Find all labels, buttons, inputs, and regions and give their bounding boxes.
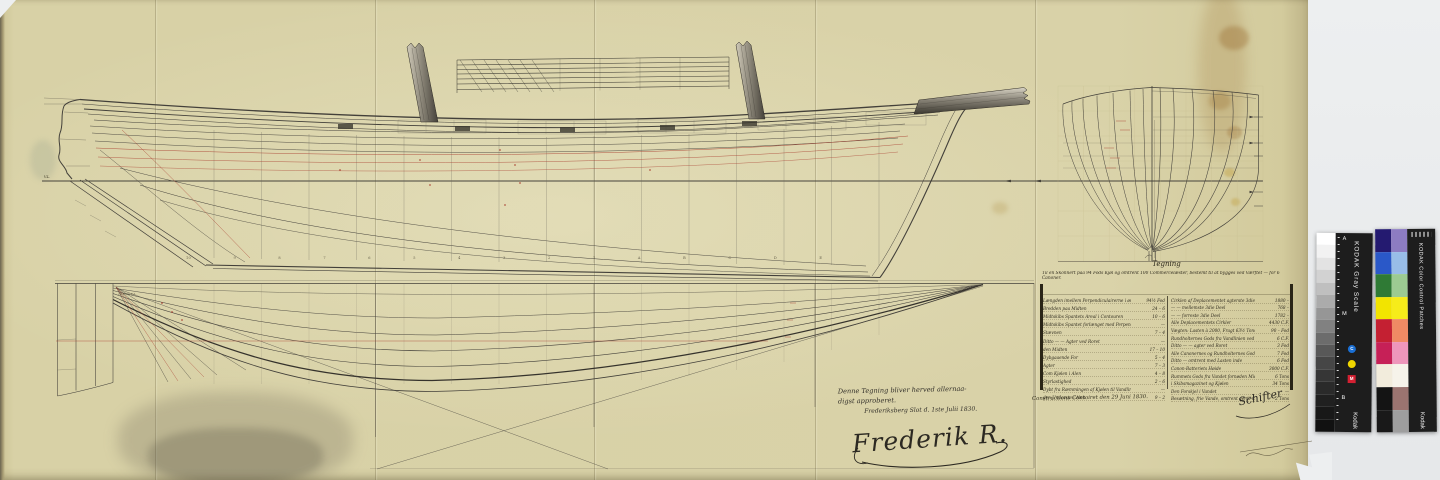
patch-row: [1376, 319, 1408, 342]
ruler-fine-print: [1411, 232, 1431, 237]
patch-right: [1393, 409, 1409, 432]
patch-right: [1392, 342, 1408, 365]
approval-line-2: digst approberet.: [838, 395, 977, 406]
gray-step: [1316, 382, 1335, 395]
patch-left: [1376, 342, 1392, 365]
scanned-ship-plan: V.L. 10 Fods V.L. 10 9 8 7 6 5 4 3 2 1 A…: [0, 0, 1440, 480]
half-breadth-stations: [214, 284, 879, 384]
gray-step: [1316, 320, 1335, 333]
approval-line-1: Denne Tegning bliver herved allernaa-: [838, 385, 977, 396]
table-row: Com Kjølen i Alen 4 – 8: [1043, 369, 1165, 377]
waterline-label: V.L.: [44, 175, 50, 179]
color-patches-title: KODAK Color Control Patches: [1417, 243, 1424, 330]
spar-rack: [457, 57, 729, 93]
gray-step: [1316, 345, 1335, 358]
red-waterlines: [96, 130, 908, 258]
gray-scale-ruler: A M B KODAK Gray Scale C M Kodak: [1334, 233, 1372, 432]
cyan-dot: C: [1348, 345, 1356, 353]
marker-a: A: [1343, 236, 1347, 242]
gray-step: [1315, 419, 1334, 432]
table-right-column: Cirklen af Deplacementet agterste 3die D…: [1171, 296, 1289, 402]
red-station-marks: [339, 149, 651, 206]
patch-row: [1375, 252, 1407, 275]
gray-step: [1316, 370, 1335, 383]
kodak-gray-scale-strip: A M B KODAK Gray Scale C M Kodak: [1315, 233, 1372, 432]
patch-right: [1392, 274, 1408, 297]
patch-right: [1391, 252, 1407, 275]
kodak-brand: Kodak: [1419, 412, 1425, 429]
patch-row: [1376, 387, 1408, 410]
table-row: den Midten 17 – 10: [1043, 345, 1165, 353]
gray-step: [1316, 283, 1335, 296]
ruler-ticks: [1336, 237, 1339, 425]
station-labels: 10 9 8 7 6 5 4 3 2 1 A B C D E: [186, 256, 822, 260]
table-row: Alle Canonernes og Rundholternes Gods fr…: [1171, 349, 1289, 357]
station-lines: [214, 122, 879, 266]
marker-m: M: [1342, 311, 1347, 317]
table-row: i Skibsmagazinet og Kjølen 34 Tons: [1171, 380, 1289, 388]
patch-row: [1376, 297, 1408, 320]
kodak-brand: Kodak: [1351, 412, 1357, 429]
patch-row: [1377, 409, 1409, 432]
table-row: — — mellemste 3die Deel 768 –: [1171, 304, 1289, 312]
patch-left: [1376, 364, 1392, 387]
patch-right: [1392, 364, 1408, 387]
patch-left: [1376, 387, 1392, 410]
plan-waterline-label: 10 Fods V.L.: [118, 292, 136, 296]
half-breadth-red: [56, 287, 796, 381]
table-row: Ditto — — Agter ved Roret —: [1043, 336, 1165, 344]
gray-step: [1316, 332, 1335, 345]
approval-note: Denne Tegning bliver herved allernaa- di…: [838, 385, 978, 416]
patch-right: [1392, 297, 1408, 320]
yellow-dot: [1348, 360, 1356, 368]
patch-right: [1392, 387, 1408, 410]
patch-right: [1391, 229, 1407, 252]
table-subtitle: Til en Skonnert paa 94 Fods Kjøl og omtr…: [1042, 271, 1295, 281]
bowsprit: [914, 88, 1030, 115]
dimension-table: Tegning Til en Skonnert paa 94 Fods Kjøl…: [1040, 258, 1293, 398]
table-row: Bredden paa Midten 24 – 6: [1043, 304, 1165, 312]
table-right-bar: [1290, 284, 1293, 390]
gray-step: [1316, 270, 1335, 283]
table-row: Rundholternes Gods fra Vandlinien ved St…: [1171, 334, 1289, 342]
table-row: Ditto — omtrent med Lasten inde 6 Fod: [1171, 357, 1289, 365]
patch-left: [1376, 297, 1392, 320]
patch-row: [1376, 364, 1408, 387]
patch-right: [1392, 319, 1408, 342]
table-row: Længden imellem Perpendiculairerne i øve…: [1043, 296, 1165, 304]
table-row: Ditto — — agter ved Roret 3 Fod: [1171, 342, 1289, 350]
color-patches-ruler: KODAK Color Control Patches Kodak: [1407, 229, 1437, 432]
color-patches: [1375, 229, 1409, 432]
table-divider: [1167, 296, 1168, 389]
table-row: Rummets Gods fra Vandet fornøden Midten …: [1171, 372, 1289, 380]
gray-scale-title: KODAK Gray Scale: [1352, 241, 1360, 313]
table-row: Vægten: Lasten à 2000, Fragt 63½ Tons à …: [1171, 326, 1289, 334]
table-row: Cirklen af Deplacementet agterste 3die D…: [1171, 296, 1289, 304]
table-row: Agter 7 – 3: [1043, 361, 1165, 369]
table-row: — — forreste 3die Deel 1782 –: [1171, 311, 1289, 319]
gray-steps: [1315, 233, 1335, 432]
gray-step: [1316, 258, 1335, 271]
gray-step: [1317, 245, 1336, 258]
marker-b: B: [1342, 395, 1346, 401]
corner-scribble: [1240, 441, 1312, 456]
load-waterline: [42, 180, 1263, 183]
table-row: Styrlastighed 2 – 6: [1043, 377, 1165, 385]
patch-left: [1377, 410, 1393, 433]
patch-left: [1375, 252, 1391, 275]
patch-left: [1375, 229, 1391, 252]
patch-row: [1376, 274, 1408, 297]
ship-lines-drawing: [0, 0, 1440, 480]
gray-step: [1316, 307, 1335, 320]
table-row: Dybt fra Ræmmingen af Kjølen til Vandlin…: [1043, 385, 1165, 393]
table-row: Alle Deplacementets Cirkler 4430 C.F.: [1171, 319, 1289, 327]
gray-step: [1316, 295, 1335, 308]
table-title: Tegning: [1040, 260, 1293, 268]
table-row: Canon-Batteriets Høide 3000 C.F.: [1171, 364, 1289, 372]
table-left-column: Længden imellem Perpendiculairerne i øve…: [1043, 296, 1165, 401]
gray-step: [1315, 394, 1334, 407]
table-row: Stævnen 7 – 4: [1043, 328, 1165, 336]
table-subtitle-rule: [1042, 294, 1291, 295]
table-row: Dybgaaende For 5 – 4: [1043, 353, 1165, 361]
gray-step: [1315, 407, 1334, 420]
patch-row: [1376, 342, 1408, 365]
patch-row: [1375, 229, 1407, 252]
gray-step: [1316, 357, 1335, 370]
kodak-color-patches-strip: KODAK Color Control Patches Kodak: [1375, 229, 1437, 433]
table-row: Midtskibs Spantets Areal i Contouren 10 …: [1043, 312, 1165, 320]
gray-step: [1317, 233, 1336, 246]
patch-left: [1376, 319, 1392, 342]
table-row: Midtskibs Spantet forlænget med Perpendi…: [1043, 320, 1165, 328]
mast-spars: [407, 41, 1030, 122]
patch-left: [1376, 274, 1392, 297]
magenta-square: M: [1348, 375, 1356, 383]
